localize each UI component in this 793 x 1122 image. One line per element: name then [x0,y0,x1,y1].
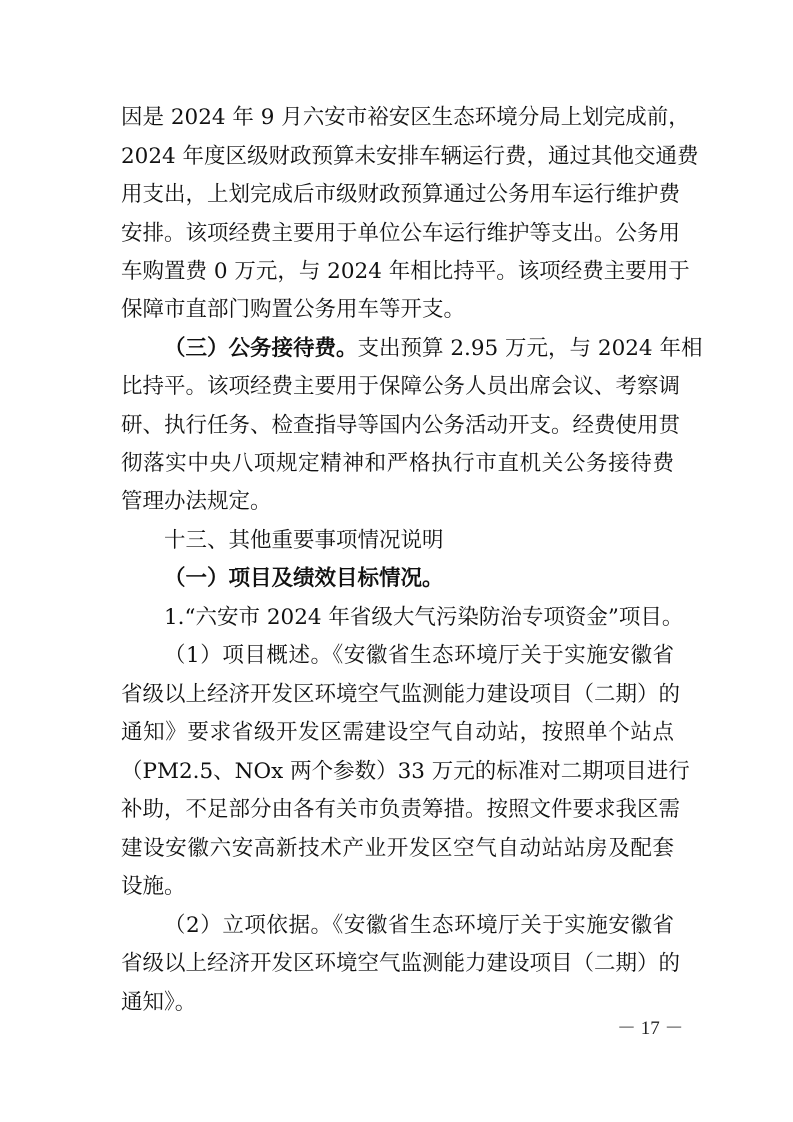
subsection-heading-projects: （一）项目及绩效目标情况。 [164,564,674,594]
document-page: 因是 2024 年 9 月六安市裕安区生态环境分局上划完成前， 2024 年度区… [0,0,793,1122]
paragraph-line: 彻落实中央八项规定精神和严格执行市直机关公务接待费 [121,449,674,479]
paragraph-line: 设施。 [121,872,674,902]
paragraph-line: 车购置费 0 万元，与 2024 年相比持平。该项经费主要用于 [121,257,674,287]
paragraph-line: 安排。该项经费主要用于单位公车运行维护等支出。公务用 [121,219,674,249]
paragraph-line: （PM2.5、NOx 两个参数）33 万元的标准对二期项目进行 [121,757,674,787]
paragraph-line: （2）立项依据。《安徽省生态环境厅关于实施安徽省 [164,911,674,941]
paragraph-text: 支出预算 2.95 万元，与 2024 年相 [358,336,703,361]
paragraph-line: 研、执行任务、检查指导等国内公务活动开支。经费使用贯 [121,411,674,441]
paragraph-line: 比持平。该项经费主要用于保障公务人员出席会议、考察调 [121,372,674,402]
section-heading-official-reception: （三）公务接待费。 [164,336,358,361]
paragraph-line: 省级以上经济开发区环境空气监测能力建设项目（二期）的 [121,949,674,979]
paragraph-line: 保障市直部门购置公务用车等开支。 [121,295,674,325]
paragraph-line: 建设安徽六安高新技术产业开发区空气自动站站房及配套 [121,834,674,864]
paragraph-line: 管理办法规定。 [121,487,674,517]
project-title-line: 1.“六安市 2024 年省级大气污染防治专项资金”项目。 [164,603,674,633]
paragraph-line: 补助，不足部分由各有关市负责筹措。按照文件要求我区需 [121,795,674,825]
paragraph-line: 通知》。 [121,988,674,1018]
paragraph-line: 因是 2024 年 9 月六安市裕安区生态环境分局上划完成前， [121,103,674,133]
section-heading-13: 十三、其他重要事项情况说明 [164,526,674,556]
paragraph-line: 2024 年度区级财政预算未安排车辆运行费，通过其他交通费 [121,142,674,172]
section-official-reception-line: （三）公务接待费。支出预算 2.95 万元，与 2024 年相 [164,334,674,364]
page-number: － 17 － [617,1016,684,1042]
paragraph-line: （1）项目概述。《安徽省生态环境厅关于实施安徽省 [164,641,674,671]
paragraph-line: 通知》要求省级开发区需建设空气自动站，按照单个站点 [121,718,674,748]
paragraph-line: 用支出，上划完成后市级财政预算通过公务用车运行维护费 [121,180,674,210]
paragraph-line: 省级以上经济开发区环境空气监测能力建设项目（二期）的 [121,680,674,710]
